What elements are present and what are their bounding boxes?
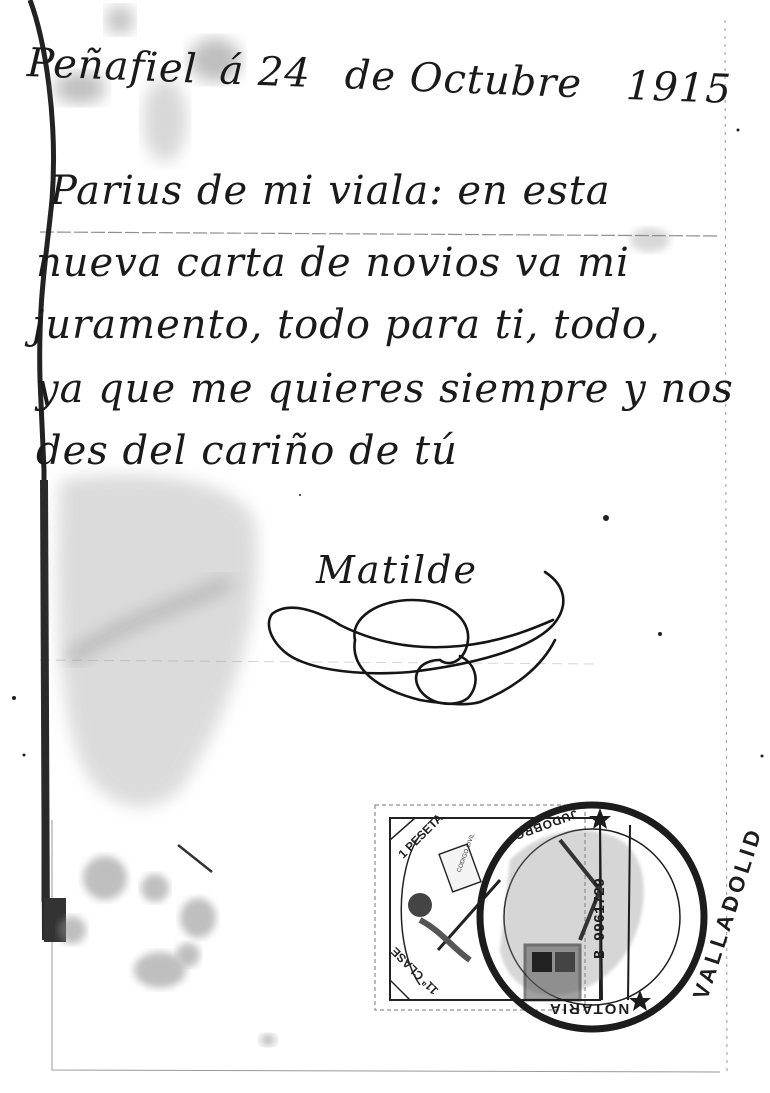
seal-serial-number: B 9961729 xyxy=(592,878,609,959)
signature-name: Matilde xyxy=(316,548,478,592)
page-artifacts xyxy=(0,0,770,1093)
letter-month: de Octubre xyxy=(344,52,583,107)
letter-body-line: juramento, todo para ti, todo, xyxy=(32,302,661,348)
scanned-letter-page: Peñafielá 24de Octubre1915 Parius de mi … xyxy=(0,0,770,1093)
letter-place: Peñafiel xyxy=(26,40,198,93)
seal-notary-label: NOTARIA xyxy=(548,1000,629,1017)
letter-year: 1915 xyxy=(625,63,732,113)
letter-body-line: nueva carta de novios va mi xyxy=(36,240,630,286)
letter-day: á 24 xyxy=(219,47,312,96)
letter-body-line: ya que me quieres siempre y nos xyxy=(36,366,734,412)
letter-body-line: Parius de mi viala: en esta xyxy=(50,168,611,214)
letter-body-line: des del cariño de tú xyxy=(36,428,458,474)
